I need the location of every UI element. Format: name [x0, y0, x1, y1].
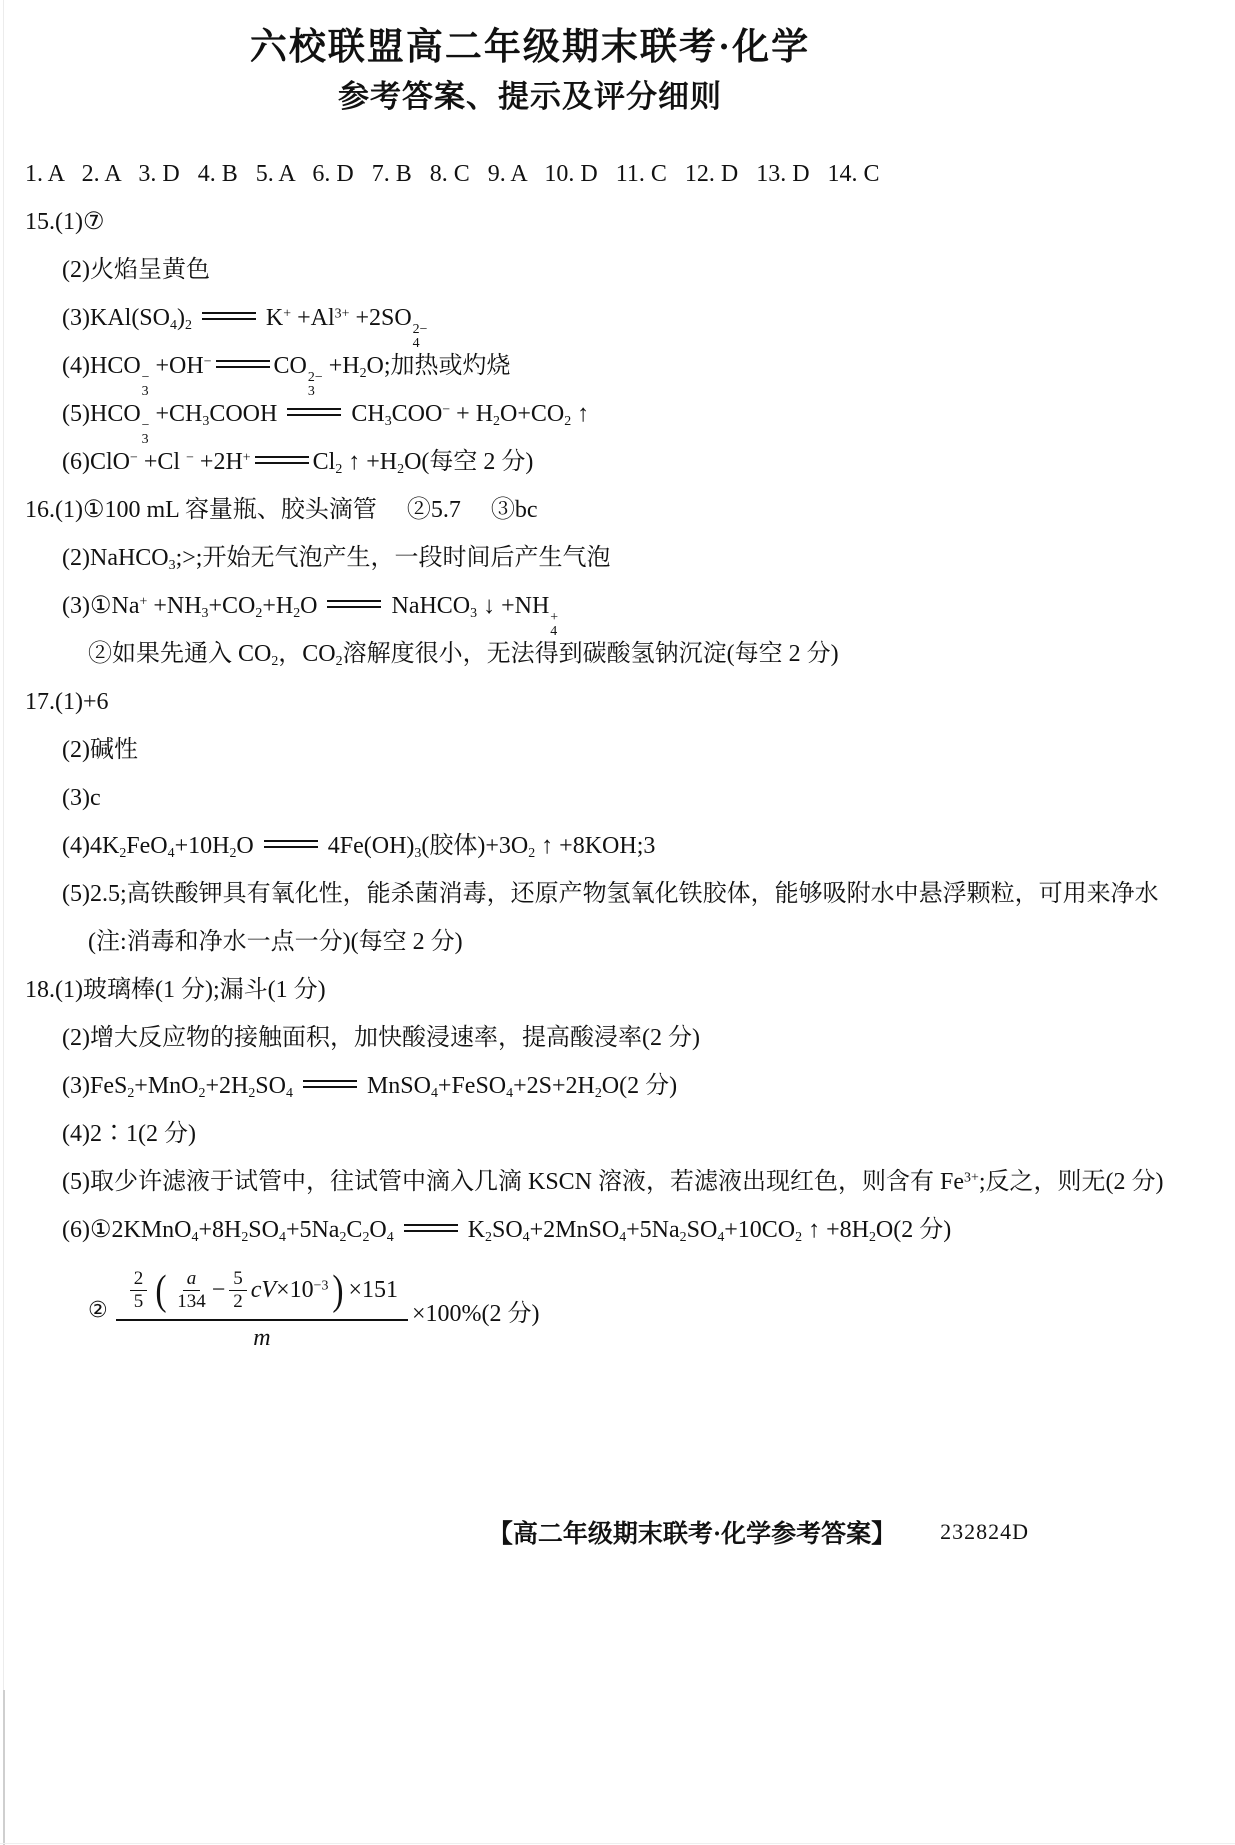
double-bond-equals-icon	[327, 600, 381, 608]
answer-line: (5)HCO−3 +CH3COOH CH3COO− + H2O+CO2 ↑	[25, 390, 1225, 438]
double-bond-equals-icon	[287, 408, 341, 416]
answer-line: ②如果先通入 CO2，CO2溶解度很小，无法得到碳酸氢钠沉淀(每空 2 分)	[25, 630, 1225, 678]
fraction-denominator-value: 2	[231, 1291, 245, 1313]
answer-line: (4)4K2FeO4+10H2O 4Fe(OH)3(胶体)+3O2 ↑ +8KO…	[25, 822, 1225, 870]
answer-line: (6)ClO− +Cl − +2H+Cl2 ↑ +H2O(每空 2 分)	[25, 438, 1225, 486]
answer-line: (2)增大反应物的接触面积，加快酸浸速率，提高酸浸率(2 分)	[25, 1014, 1225, 1062]
answer-line: 18.(1)玻璃棒(1 分);漏斗(1 分)	[25, 966, 1225, 1014]
answer-line: (3)FeS2+MnO2+2H2SO4 MnSO4+FeSO4+2S+2H2O(…	[25, 1062, 1225, 1110]
fraction-numerator-value: 2	[130, 1268, 148, 1291]
main-fraction: 2 5 ( a 134 − 5 2 cV×10−3 ) ×151 m	[116, 1268, 408, 1352]
page-subtitle: 参考答案、提示及评分细则	[25, 78, 1035, 115]
answer-line: (注:消毒和净水一点一分)(每空 2 分)	[25, 918, 1225, 966]
answer-line: (4)2∶1(2 分)	[25, 1110, 1225, 1158]
answer-line: (2)NaHCO3;>;开始无气泡产生，一段时间后产生气泡	[25, 534, 1225, 582]
scan-edge-artifact	[3, 0, 4, 1845]
open-paren: (	[156, 1270, 167, 1312]
scan-edge-artifact	[3, 1690, 5, 1845]
close-paren: )	[333, 1270, 344, 1312]
double-bond-equals-icon	[303, 1080, 357, 1088]
double-bond-equals-icon	[216, 360, 270, 368]
mass-fraction-formula: ② 2 5 ( a 134 − 5 2 cV×10−3 ) ×151	[25, 1254, 540, 1366]
answer-line: 15.(1)⑦	[25, 198, 1225, 246]
answer-line: (3)c	[25, 774, 1225, 822]
answer-line: (6)①2KMnO4+8H2SO4+5Na2C2O4 K2SO4+2MnSO4+…	[25, 1206, 1225, 1254]
fraction-numerator-value: 5	[229, 1268, 247, 1291]
footer-title: 【高二年级期末联考·化学参考答案】	[488, 1514, 896, 1550]
exponent: −3	[314, 1278, 329, 1293]
answer-line: 17.(1)+6	[25, 678, 1225, 726]
answer-line: 16.(1)①100 mL 容量瓶、胶头滴管 ②5.7 ③bc	[25, 486, 1225, 534]
fraction-denominator: m	[253, 1321, 270, 1352]
inner-fraction-two-fifths: 2 5	[130, 1268, 148, 1313]
concentration-volume-term: cV×10−3	[251, 1277, 329, 1304]
answer-lines: 1. A 2. A 3. D 4. B 5. A 6. D 7. B 8. C …	[25, 150, 1225, 1254]
answer-line: (2)火焰呈黄色	[25, 246, 1225, 294]
fraction-numerator-value: a	[183, 1268, 201, 1291]
answer-line: (4)HCO−3 +OH−CO2−3 +H2O;加热或灼烧	[25, 342, 1225, 390]
answer-line: (5)取少许滤液于试管中，往试管中滴入几滴 KSCN 溶液，若滤液出现红色，则含…	[25, 1158, 1225, 1206]
page-title: 六校联盟高二年级期末联考·化学	[25, 0, 1035, 70]
fraction-denominator-value: 134	[175, 1291, 208, 1313]
fraction-denominator-value: 5	[132, 1291, 146, 1313]
times-151: ×151	[348, 1277, 398, 1304]
formula-item-label: ②	[88, 1298, 108, 1323]
answer-line: (2)碱性	[25, 726, 1225, 774]
double-bond-equals-icon	[404, 1224, 458, 1232]
inner-fraction-five-halves: 5 2	[229, 1268, 247, 1313]
answer-line: (5)2.5;高铁酸钾具有氧化性，能杀菌消毒，还原产物氢氧化铁胶体，能够吸附水中…	[25, 870, 1225, 918]
scan-edge-artifact	[0, 1843, 1235, 1844]
answer-line: (3)KAl(SO4)2 K+ +Al3+ +2SO2−4	[25, 294, 1225, 342]
document-header: 六校联盟高二年级期末联考·化学 参考答案、提示及评分细则	[25, 0, 1035, 116]
minus-sign: −	[212, 1277, 226, 1304]
double-bond-equals-icon	[202, 312, 256, 320]
answer-line: (3)①Na+ +NH3+CO2+H2O NaHCO3 ↓ +NH+4	[25, 582, 1225, 630]
answer-line: 1. A 2. A 3. D 4. B 5. A 6. D 7. B 8. C …	[25, 150, 1225, 198]
exam-answer-sheet: 六校联盟高二年级期末联考·化学 参考答案、提示及评分细则 1. A 2. A 3…	[0, 0, 1235, 1845]
inner-fraction-a-134: a 134	[175, 1268, 208, 1313]
fraction-numerator: 2 5 ( a 134 − 5 2 cV×10−3 ) ×151	[116, 1268, 408, 1321]
footer-code: 232824D	[940, 1519, 1029, 1545]
double-bond-equals-icon	[255, 456, 309, 464]
formula-tail: ×100%(2 分)	[412, 1293, 540, 1328]
double-bond-equals-icon	[264, 840, 318, 848]
page-footer: 【高二年级期末联考·化学参考答案】 232824D	[0, 1514, 1235, 1554]
